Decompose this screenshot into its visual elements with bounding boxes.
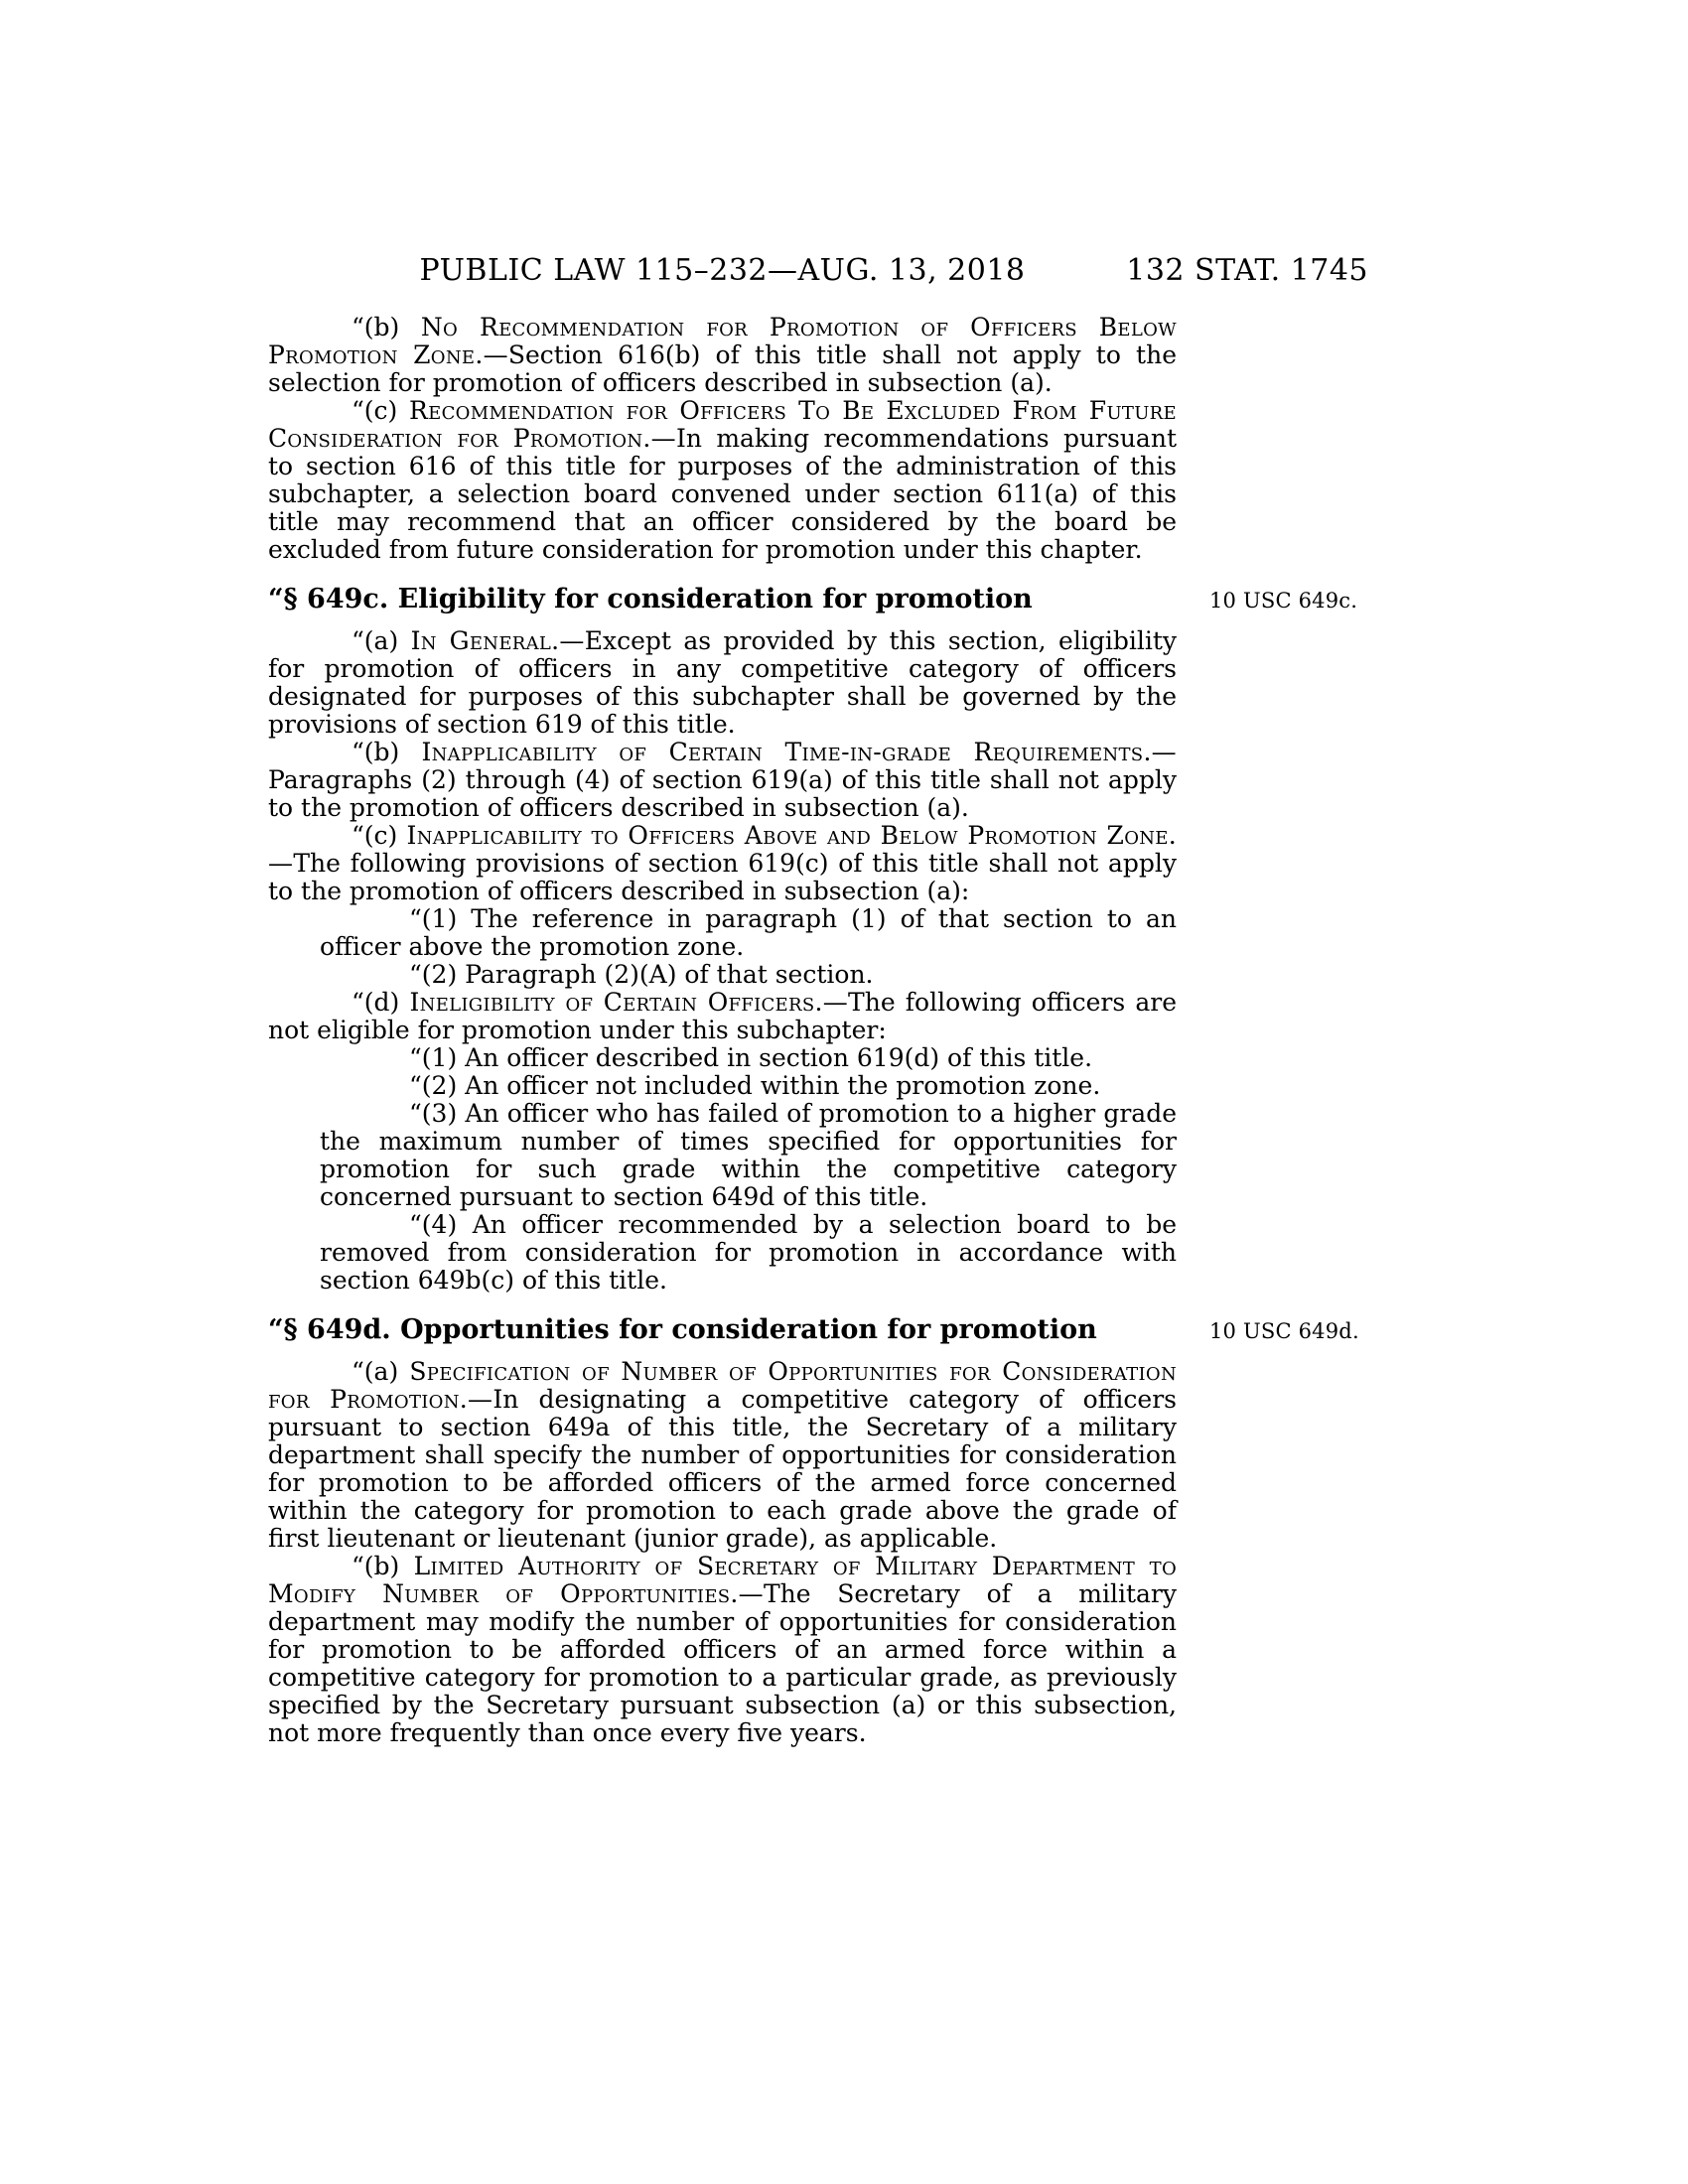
para-649c-d-1: “(1) An officer described in section 619… (320, 1044, 1177, 1072)
body-text: “(c) (352, 821, 407, 850)
para-649c-c-1: “(1) The reference in paragraph (1) of t… (320, 905, 1177, 961)
para-649c-d-4: “(4) An officer recommended by a selecti… (320, 1211, 1177, 1295)
para-649c-d-3: “(3) An officer who has failed of promot… (320, 1100, 1177, 1211)
para-649d-a: “(a) Specification of Number of Opportun… (268, 1358, 1177, 1553)
body-text: “(b) (352, 738, 421, 766)
body-text: Paragraphs (2) through (4) of section 61… (268, 765, 1177, 822)
page-header-law: PUBLIC LAW 115–232—AUG. 13, 2018 (268, 254, 1177, 288)
para-649b-b: “(b) No Recommendation for Promotion of … (268, 314, 1177, 397)
body-text: “(1) An officer described in section 619… (409, 1043, 1092, 1072)
smallcaps-label: In General.— (411, 626, 585, 655)
body-text: “(c) (352, 396, 409, 425)
para-649c-b: “(b) Inapplicability of Certain Time-in-… (268, 739, 1177, 822)
statute-page: PUBLIC LAW 115–232—AUG. 13, 2018 132 STA… (0, 0, 1688, 2184)
body-text: “(a) (352, 1357, 409, 1386)
page-header-stat: 132 STAT. 1745 (1126, 254, 1368, 288)
section-heading-text: “§ 649d. Opportunities for consideration… (268, 1314, 1097, 1345)
para-649c-a: “(a) In General.—Except as provided by t… (268, 627, 1177, 739)
body-text: “(d) (352, 988, 409, 1017)
smallcaps-label: Inapplicability of Certain Time-in-grade… (421, 738, 1177, 766)
body-text: The following provisions of section 619(… (268, 849, 1177, 905)
body-text: “(b) (352, 313, 421, 341)
body-text: “(2) Paragraph (2)(A) of that section. (409, 960, 874, 989)
uscode-margin-note: 10 USC 649c. (1209, 589, 1357, 613)
section-heading-text: “§ 649c. Eligibility for consideration f… (268, 584, 1033, 614)
para-649c-c: “(c) Inapplicability to Officers Above a… (268, 822, 1177, 905)
body-text: “(3) An officer who has failed of promot… (320, 1099, 1177, 1211)
para-649c-d: “(d) Ineligibility of Certain Officers.—… (268, 989, 1177, 1044)
body-text: “(a) (352, 626, 411, 655)
body-text: “(4) An officer recommended by a selecti… (320, 1210, 1177, 1295)
body-text: “(2) An officer not included within the … (409, 1071, 1100, 1100)
uscode-margin-note: 10 USC 649d. (1209, 1319, 1359, 1343)
section-heading-649d: “§ 649d. Opportunities for consideration… (268, 1314, 1177, 1346)
smallcaps-label: Ineligibility of Certain Officers.— (409, 988, 848, 1017)
statute-body: “(b) No Recommendation for Promotion of … (268, 314, 1177, 1747)
para-649c-c-2: “(2) Paragraph (2)(A) of that section. (320, 961, 1177, 989)
section-heading-649c: “§ 649c. Eligibility for consideration f… (268, 584, 1177, 615)
para-649b-c: “(c) Recommendation for Officers To Be E… (268, 397, 1177, 564)
body-text: “(b) (352, 1552, 414, 1580)
para-649d-b: “(b) Limited Authority of Secretary of M… (268, 1553, 1177, 1747)
para-649c-d-2: “(2) An officer not included within the … (320, 1072, 1177, 1100)
body-text: “(1) The reference in paragraph (1) of t… (320, 904, 1177, 961)
